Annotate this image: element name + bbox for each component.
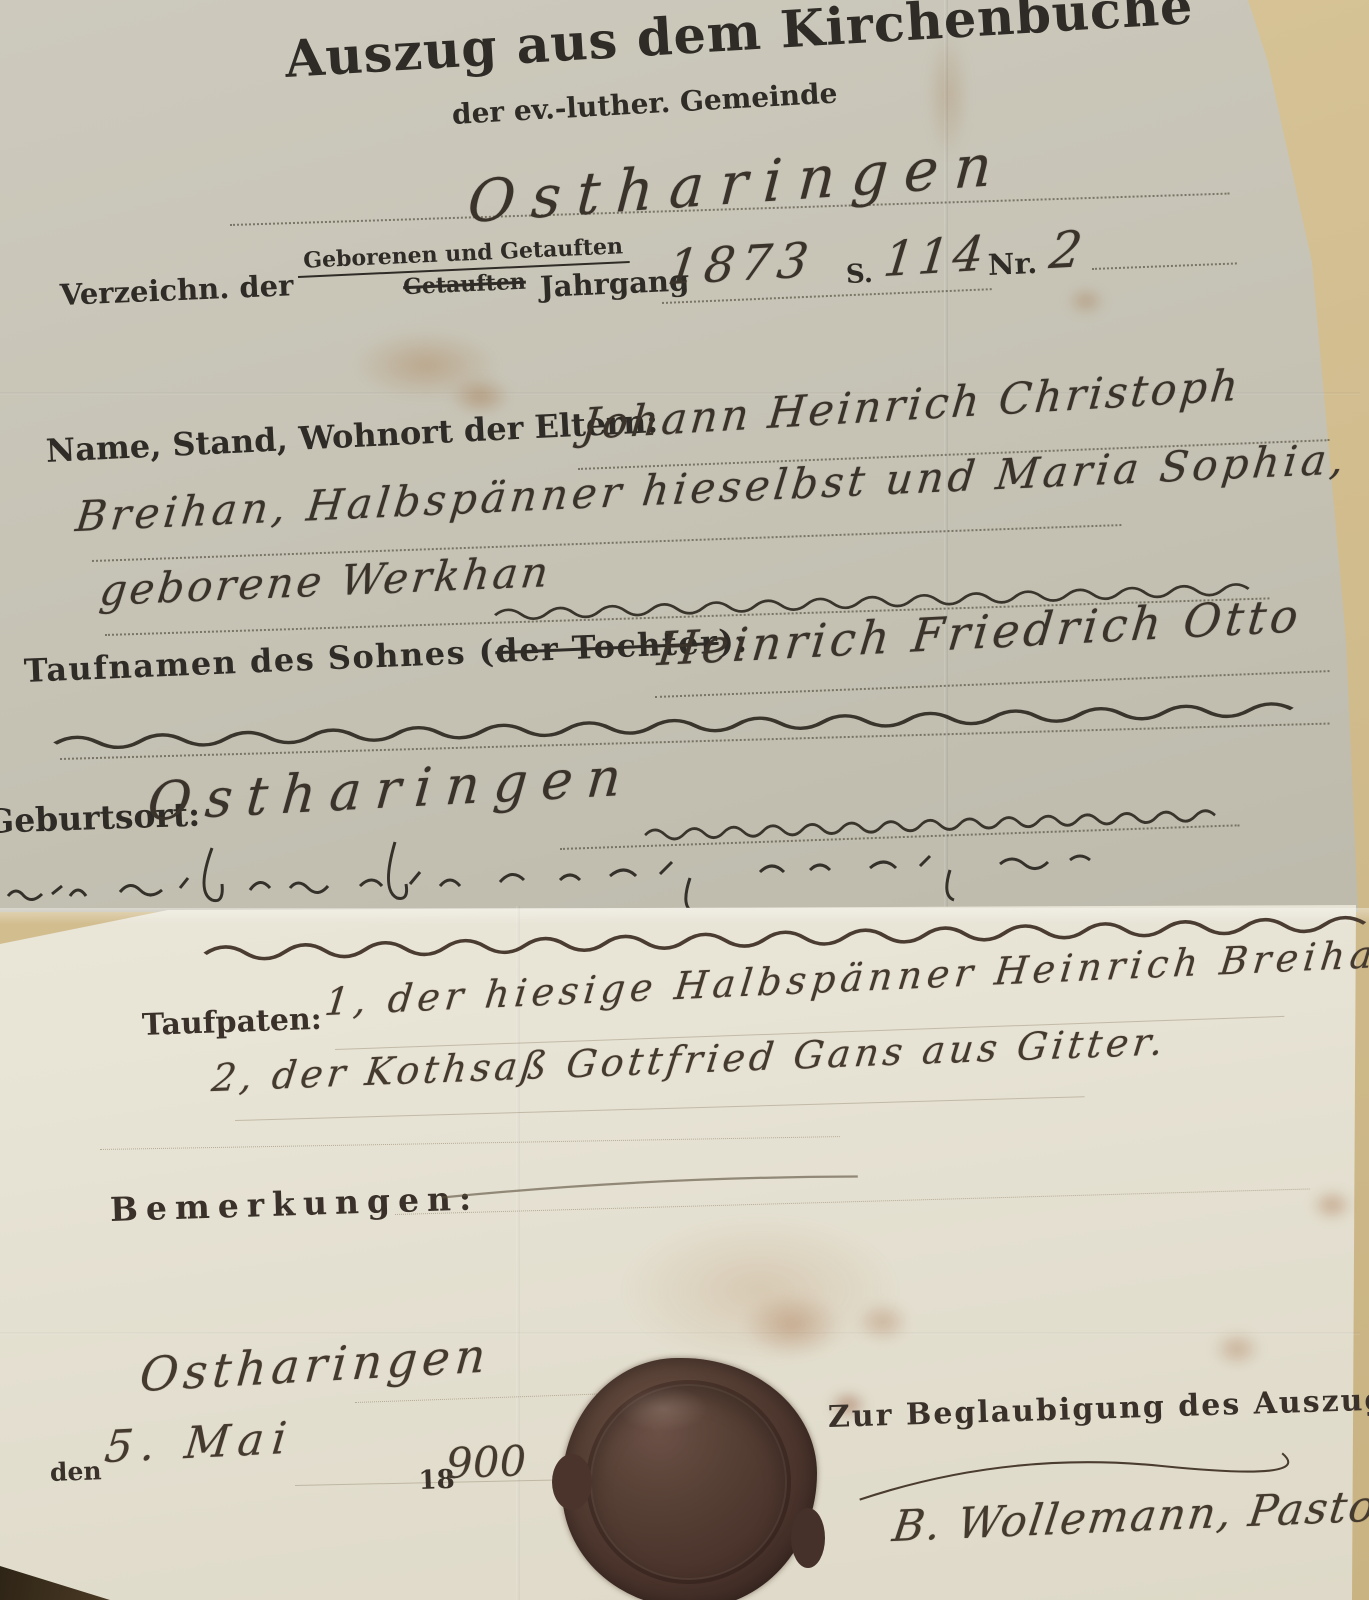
- issue-date-handwritten: 5. Mai: [102, 1413, 297, 1474]
- wax-seal-icon: [562, 1358, 817, 1600]
- register-page-label: S.: [845, 259, 873, 290]
- issue-year: 18900: [417, 1436, 535, 1489]
- cropped-text-fragment: [0, 830, 1160, 910]
- register-page-value: 114: [881, 225, 991, 288]
- issue-year-handwritten: 900: [445, 1436, 527, 1488]
- issue-date-label: den: [49, 1456, 102, 1487]
- wax-seal-edge-blob: [791, 1508, 825, 1568]
- register-year-value: 1873: [665, 232, 818, 296]
- wax-seal-edge-blob: [552, 1454, 592, 1510]
- wax-seal-highlight: [618, 1386, 708, 1432]
- godparents-label: Taufpaten:: [141, 1002, 322, 1043]
- register-number-label: Nr.: [987, 246, 1038, 282]
- photo-of-church-record: Auszug aus dem Kirchenbuche der ev.-luth…: [0, 0, 1369, 1600]
